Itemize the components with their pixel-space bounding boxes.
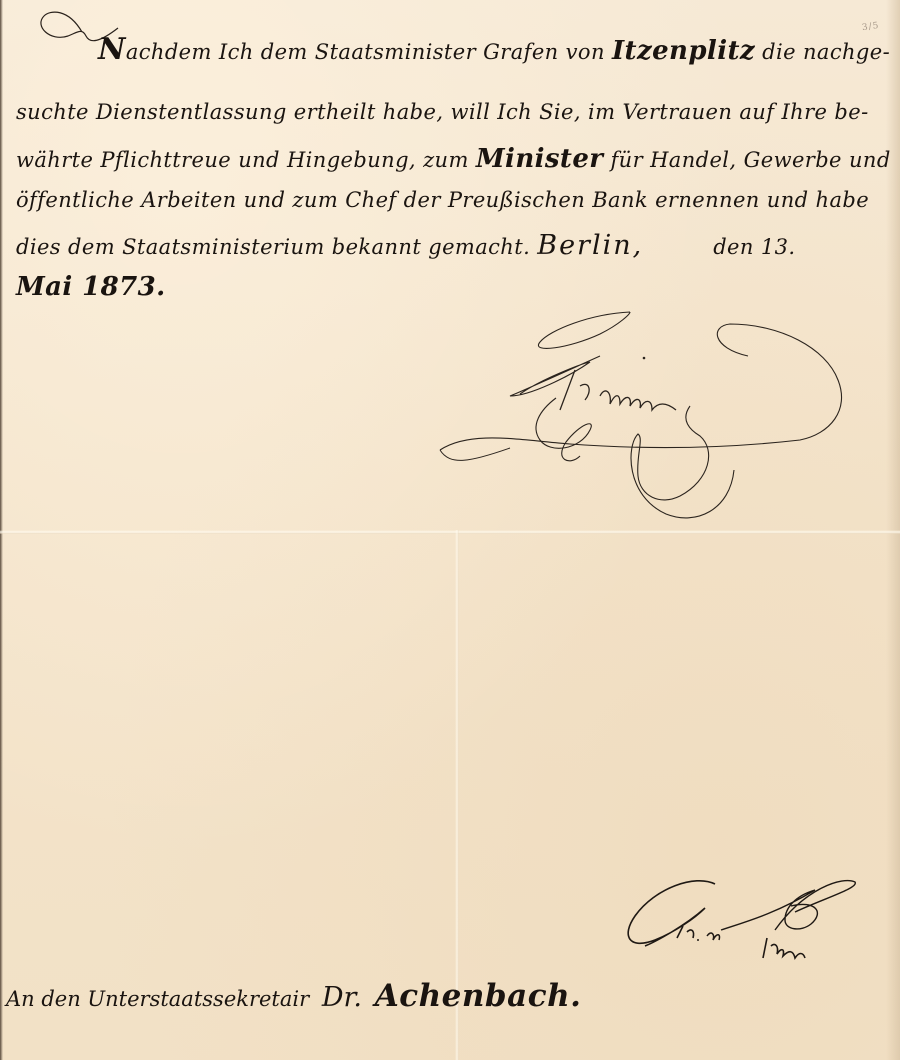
- word-minister: Minister: [476, 144, 604, 174]
- royal-signature-flourish-icon: [430, 300, 850, 530]
- body-line-5: dies dem Staatsministerium bekannt gemac…: [16, 230, 796, 261]
- body-line-1: Nachdem Ich dem Staatsminister Grafen vo…: [98, 32, 890, 67]
- body-line-3: währte Pflichttreue und Hingebung, zum M…: [16, 144, 891, 174]
- body-line-2: suchte Dienstentlassung ertheilt habe, w…: [16, 100, 869, 124]
- body-line-1-text: achdem Ich dem Staatsminister Grafen von: [126, 40, 612, 64]
- body-line-4: öffentliche Arbeiten und zum Chef der Pr…: [16, 188, 869, 212]
- name-itzenplitz: Itzenplitz: [612, 36, 755, 66]
- address-title: Dr.: [322, 982, 362, 1013]
- body-line-1-tail: die nachge-: [755, 40, 890, 64]
- body-line-3-tail: für Handel, Gewerbe und: [603, 148, 890, 172]
- body-line-3-text: währte Pflichttreue und Hingebung, zum: [16, 148, 476, 172]
- date-month-year: Mai 1873.: [16, 272, 166, 302]
- body-line-6-date: Mai 1873.: [16, 272, 166, 302]
- royal-signature: Wilhelm: [430, 300, 850, 530]
- countersignature: Gr. v. Roon: [615, 868, 875, 968]
- date-prefix: den 13.: [713, 235, 795, 259]
- place-comma: ,: [633, 230, 644, 261]
- address-line: An den Unterstaatssekretair Dr. Achenbac…: [6, 978, 581, 1014]
- body-line-5-text: dies dem Staatsministerium bekannt gemac…: [16, 235, 537, 259]
- address-name: Achenbach.: [375, 978, 582, 1014]
- horizontal-fold-line: [0, 530, 900, 534]
- address-prefix: An den Unterstaatssekretair: [6, 987, 309, 1011]
- place-berlin: Berlin: [537, 230, 632, 261]
- initial-letter: N: [98, 32, 126, 67]
